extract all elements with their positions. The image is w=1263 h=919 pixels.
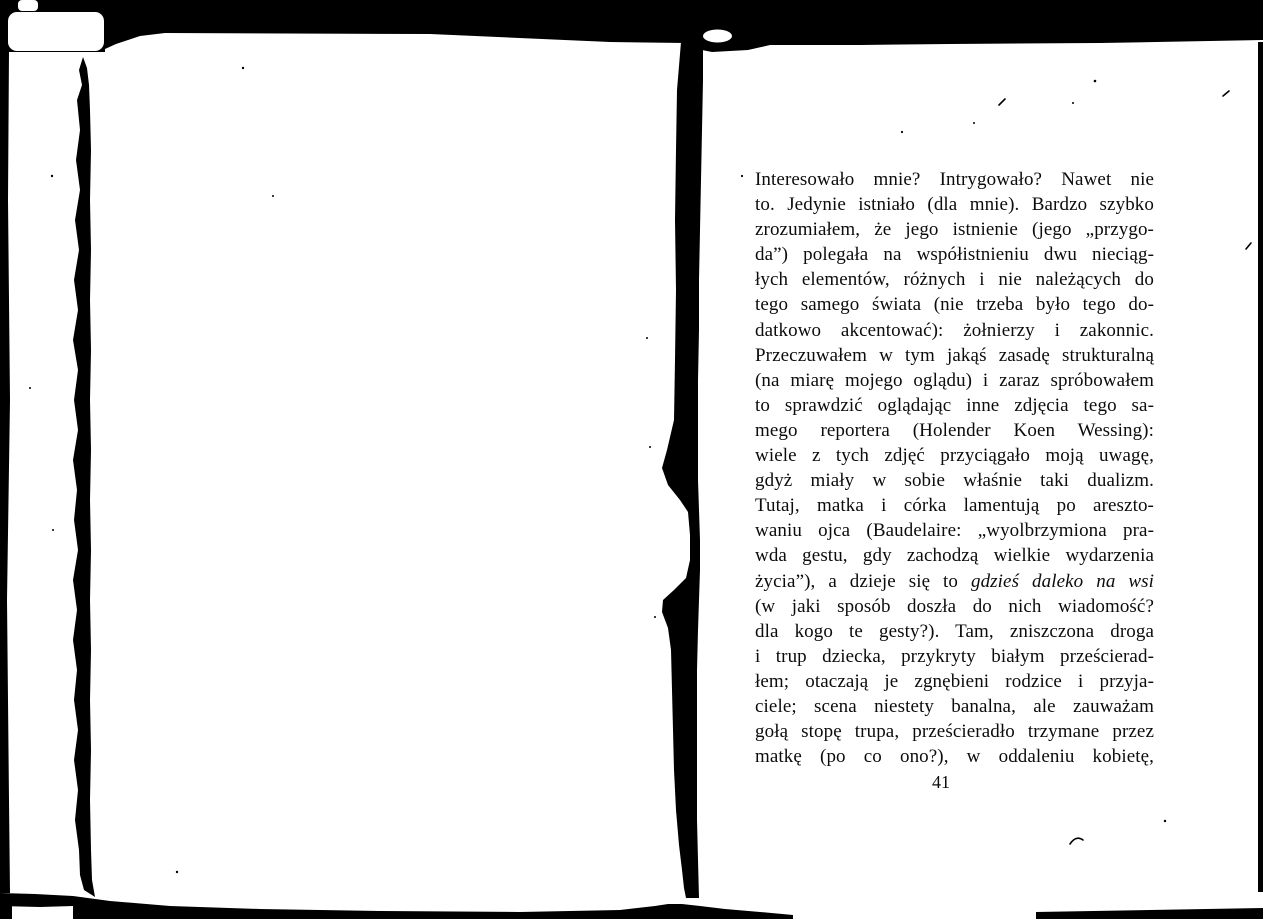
text-line-8-segment: Przeczuwałem w tym jakąś zasadę struktur… [755, 345, 1154, 366]
text-line-5-segment: łych elementów, różnych i nie należących… [755, 269, 1154, 290]
text-line-14-segment: Tutaj, matka i córka lamentują po areszt… [755, 495, 1154, 516]
text-line-12: wiele z tych zdjęć przyciągało moją uwag… [755, 443, 1154, 468]
text-line-16: wda gestu, gdy zachodzą wielkie wydarzen… [755, 543, 1154, 568]
text-line-23: gołą stopę trupa, prześcieradło trzymane… [755, 719, 1154, 744]
text-line-21: łem; otaczają je zgnębieni rodzice i prz… [755, 669, 1154, 694]
text-line-14: Tutaj, matka i córka lamentują po areszt… [755, 493, 1154, 518]
text-line-7-segment: datkowo akcentować): żołnierzy i zakonni… [755, 320, 1154, 341]
text-line-21-segment: łem; otaczają je zgnębieni rodzice i prz… [755, 671, 1154, 692]
text-line-5: łych elementów, różnych i nie należących… [755, 267, 1154, 292]
text-line-20-segment: i trup dziecka, przykryty białym prześci… [755, 646, 1154, 667]
text-line-19: dla kogo te gesty?). Tam, zniszczona dro… [755, 619, 1154, 644]
text-line-4-segment: da”) polegała na współistnieniu dwu niec… [755, 244, 1154, 265]
text-line-17: życia”), a dzieje się to gdzieś daleko n… [755, 569, 1154, 594]
text-line-1-segment: Interesowało mnie? Intrygowało? Nawet ni… [755, 169, 1154, 190]
text-line-13: gdyż miały w sobie właśnie taki dualizm. [755, 468, 1154, 493]
text-line-15-segment: waniu ojca (Baudelaire: „wyolbrzymiona p… [755, 520, 1154, 541]
text-line-17-segment-italic: gdzieś daleko na wsi [971, 571, 1154, 592]
text-line-11: mego reportera (Holender Koen Wessing): [755, 418, 1154, 443]
left-page [0, 0, 690, 919]
text-line-17-segment-plain: życia”), a dzieje się to [755, 571, 971, 592]
text-line-8: Przeczuwałem w tym jakąś zasadę struktur… [755, 343, 1154, 368]
text-line-11-segment: mego reportera (Holender Koen Wessing): [755, 420, 1154, 441]
text-line-3: zrozumiałem, że jego istnienie (jego „pr… [755, 217, 1154, 242]
text-line-23-segment: gołą stopę trupa, prześcieradło trzymane… [755, 721, 1154, 742]
text-line-6-segment: tego samego świata (nie trzeba było tego… [755, 294, 1154, 315]
right-page-text-block: Interesowało mnie? Intrygowało? Nawet ni… [755, 167, 1154, 769]
text-line-9: (na miarę mojego oglądu) i zaraz spróbow… [755, 368, 1154, 393]
text-line-22: ciele; scena niestety banalna, ale zauwa… [755, 694, 1154, 719]
text-line-2: to. Jedynie istniało (dla mnie). Bardzo … [755, 192, 1154, 217]
page-number: 41 [755, 771, 1127, 793]
text-line-24-segment: matkę (po co ono?), w oddaleniu kobietę, [755, 746, 1154, 767]
text-line-3-segment: zrozumiałem, że jego istnienie (jego „pr… [755, 219, 1154, 240]
text-line-7: datkowo akcentować): żołnierzy i zakonni… [755, 318, 1154, 343]
text-line-10-segment: to sprawdzić oglądając inne zdjęcia tego… [755, 395, 1154, 416]
text-line-22-segment: ciele; scena niestety banalna, ale zauwa… [755, 696, 1154, 717]
text-line-18-segment: (w jaki sposób doszła do nich wiadomość? [755, 596, 1154, 617]
text-line-2-segment: to. Jedynie istniało (dla mnie). Bardzo … [755, 194, 1154, 215]
text-line-9-segment: (na miarę mojego oglądu) i zaraz spróbow… [755, 370, 1154, 391]
text-line-16-segment: wda gestu, gdy zachodzą wielkie wydarzen… [755, 545, 1154, 566]
text-line-13-segment: gdyż miały w sobie właśnie taki dualizm. [755, 470, 1154, 491]
text-line-1: Interesowało mnie? Intrygowało? Nawet ni… [755, 167, 1154, 192]
text-line-18: (w jaki sposób doszła do nich wiadomość? [755, 594, 1154, 619]
text-line-20: i trup dziecka, przykryty białym prześci… [755, 644, 1154, 669]
text-line-6: tego samego świata (nie trzeba było tego… [755, 292, 1154, 317]
text-line-10: to sprawdzić oglądając inne zdjęcia tego… [755, 393, 1154, 418]
text-line-4: da”) polegała na współistnieniu dwu niec… [755, 242, 1154, 267]
text-line-15: waniu ojca (Baudelaire: „wyolbrzymiona p… [755, 518, 1154, 543]
text-line-19-segment: dla kogo te gesty?). Tam, zniszczona dro… [755, 621, 1154, 642]
text-line-12-segment: wiele z tych zdjęć przyciągało moją uwag… [755, 445, 1154, 466]
text-line-24: matkę (po co ono?), w oddaleniu kobietę, [755, 744, 1154, 769]
